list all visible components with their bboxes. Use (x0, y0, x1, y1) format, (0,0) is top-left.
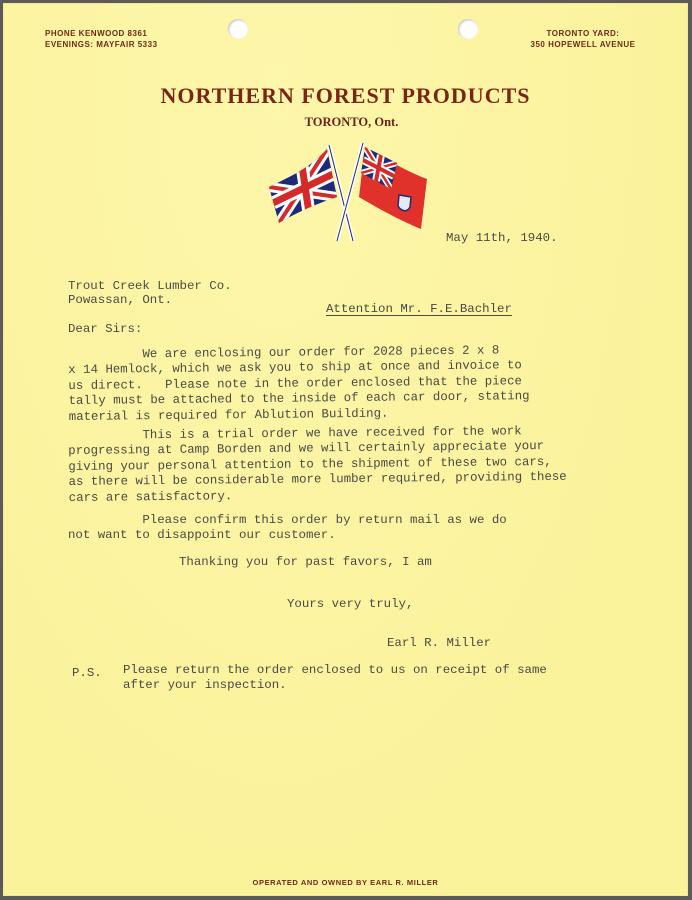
paragraph-line: not want to disappoint our customer. (68, 528, 507, 543)
union-jack-icon (269, 149, 337, 223)
crossed-flags-icon (261, 141, 431, 245)
letterhead-yard: Toronto Yard: 350 Hopewell Avenue (523, 28, 643, 50)
paragraph-3: Please confirm this order by return mail… (68, 513, 507, 544)
letter-page: Phone KEnwood 8361 Evenings: MAyfair 533… (3, 3, 688, 896)
postscript-line: after your inspection. (123, 678, 547, 693)
phone-number: Phone KEnwood 8361 (45, 28, 158, 39)
red-ensign-icon (359, 147, 427, 229)
valediction: Yours very truly, (287, 597, 413, 612)
paragraph-1: We are enclosing our order for 2028 piec… (68, 343, 530, 425)
postscript-line: Please return the order enclosed to us o… (123, 663, 547, 678)
punch-hole (228, 19, 248, 39)
recipient-location: Powassan, Ont. (68, 293, 172, 308)
ps-label: P.S. (72, 666, 102, 681)
evening-phone-number: Evenings: MAyfair 5333 (45, 39, 158, 50)
signature-name: Earl R. Miller (387, 636, 491, 651)
letter-date: May 11th, 1940. (446, 231, 558, 246)
footer-ownership: Operated and owned by Earl R. Miller (3, 878, 688, 887)
postscript: Please return the order enclosed to us o… (123, 663, 547, 694)
letterhead-phones: Phone KEnwood 8361 Evenings: MAyfair 533… (45, 28, 158, 50)
paragraph-2: This is a trial order we have received f… (68, 424, 567, 506)
yard-address: 350 Hopewell Avenue (523, 39, 643, 50)
paragraph-line: Please confirm this order by return mail… (68, 513, 507, 528)
salutation: Dear Sirs: (68, 322, 142, 337)
punch-hole (458, 19, 478, 39)
closing-line: Thanking you for past favors, I am (179, 555, 432, 570)
attention-line: Attention Mr. F.E.Bachler (326, 302, 512, 317)
yard-label: Toronto Yard: (523, 28, 643, 39)
company-city: TORONTO, Ont. (3, 115, 688, 130)
company-name: NORTHERN FOREST PRODUCTS (3, 83, 688, 109)
